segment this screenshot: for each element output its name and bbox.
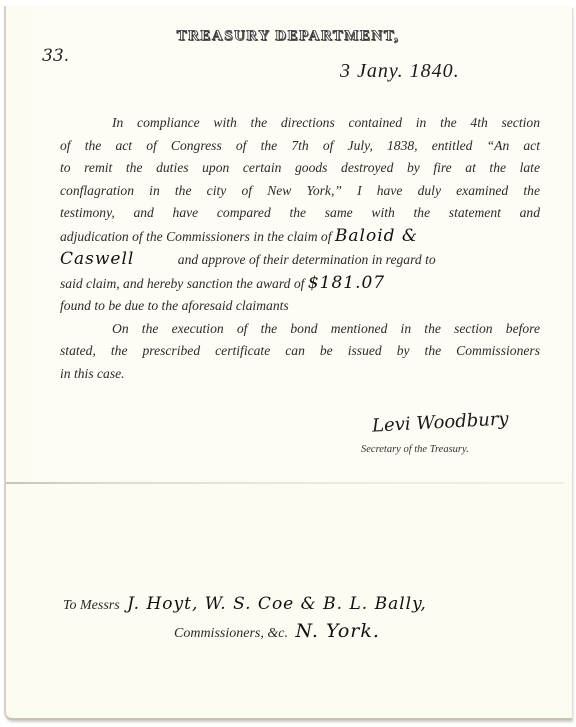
handwritten-date: 3 Jany. 1840. — [340, 60, 460, 83]
body-line: to remit the duties upon certain goods d… — [60, 157, 540, 180]
body-line: adjudication of the Commissioners in the… — [60, 225, 540, 249]
body-line: In compliance with the directions contai… — [60, 112, 540, 135]
body-line: Caswell and approve of their determinati… — [60, 248, 540, 272]
claim-line-text: adjudication of the Commissioners in the… — [60, 229, 331, 244]
document-number: 33. — [42, 46, 69, 66]
signature-title: Secretary of the Treasury. — [361, 444, 469, 455]
claimant-name-handwritten-cont: Caswell — [60, 249, 134, 269]
body-line: in this case. — [60, 363, 540, 386]
approval-text: and approve of their determination in re… — [178, 252, 436, 267]
award-amount-handwritten: $181.07 — [308, 273, 385, 293]
commissioners-line: Commissioners, &c. N. York. — [174, 620, 380, 642]
sanction-text: said claim, and hereby sanction the awar… — [60, 276, 304, 291]
commissioners-label: Commissioners, &c. — [174, 626, 288, 641]
body-line: stated, the prescribed certificate can b… — [60, 340, 540, 363]
letter-body: In compliance with the directions contai… — [60, 112, 540, 385]
body-line: testimony, and have compared the same wi… — [60, 202, 540, 225]
body-line: conflagration in the city of New York,” … — [60, 180, 540, 203]
body-line: said claim, and hereby sanction the awar… — [60, 272, 540, 296]
letterhead-title: TREASURY DEPARTMENT, — [0, 28, 576, 45]
addressee-prefix: To Messrs — [63, 598, 120, 613]
addressee-names-handwritten: J. Hoyt, W. S. Coe & B. L. Bally, — [127, 594, 427, 614]
paper-fold-line — [6, 482, 564, 484]
commissioners-location-handwritten: N. York. — [295, 620, 379, 642]
body-line: of the act of Congress of the 7th of Jul… — [60, 135, 540, 158]
body-line: On the execution of the bond mentioned i… — [60, 318, 540, 341]
addressee-line: To Messrs J. Hoyt, W. S. Coe & B. L. Bal… — [63, 594, 427, 614]
body-line: found to be due to the aforesaid claiman… — [60, 295, 540, 318]
claimant-name-handwritten: Baloid & — [335, 226, 418, 246]
